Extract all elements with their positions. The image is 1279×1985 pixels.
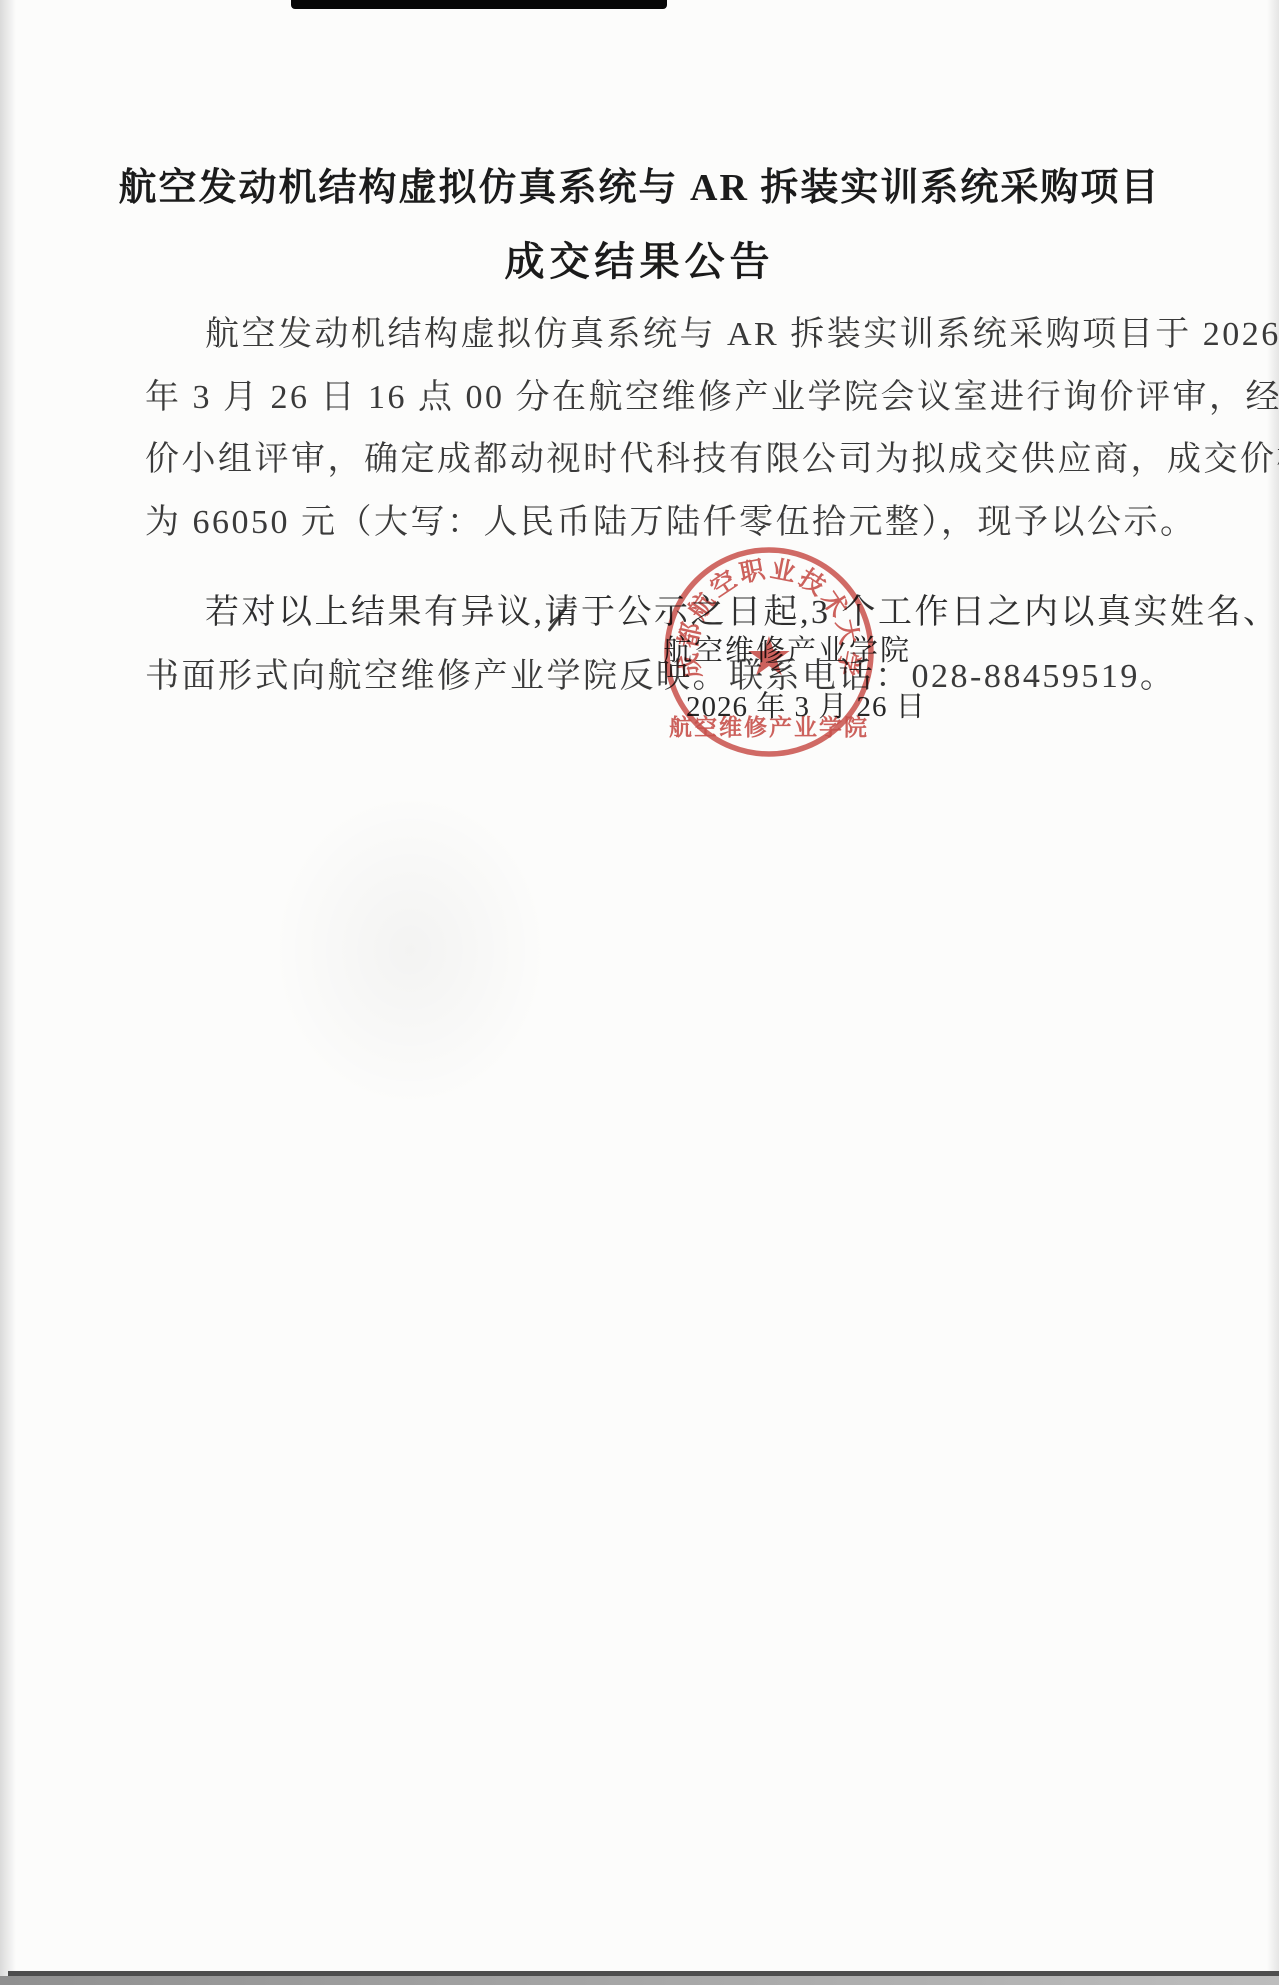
paragraph1-line3: 价小组评审，确定成都动视时代科技有限公司为拟成交供应商，成交价格 — [145, 431, 1279, 480]
stamp-star-icon: ★ — [745, 627, 793, 687]
stamp-bottom-text: 航空维修产业学院 — [669, 714, 869, 740]
official-seal-stamp: 成都航空职业技术大学 ★ 航空维修产业学院 — [655, 545, 885, 765]
document-title-line2: 成交结果公告 — [0, 230, 1279, 287]
scan-smudge — [270, 790, 550, 1110]
paragraph1-line2: 年 3 月 26 日 16 点 00 分在航空维修产业学院会议室进行询价评审，经… — [145, 369, 1279, 418]
scan-bottom-edge — [0, 1976, 1279, 1985]
scan-edge-left — [0, 0, 16, 1985]
scan-artifact-top-bar — [291, 0, 667, 9]
document-title-line1: 航空发动机结构虚拟仿真系统与 AR 拆装实训系统采购项目 — [0, 156, 1279, 211]
scan-edge-right — [1267, 0, 1279, 1985]
scanned-document-page: 航空发动机结构虚拟仿真系统与 AR 拆装实训系统采购项目 成交结果公告 航空发动… — [0, 0, 1279, 1985]
paragraph1-line4: 为 66050 元（大写：人民币陆万陆仟零伍拾元整），现予以公示。 — [145, 494, 1197, 543]
paragraph1-line1: 航空发动机结构虚拟仿真系统与 AR 拆装实训系统采购项目于 2026 — [205, 306, 1279, 355]
